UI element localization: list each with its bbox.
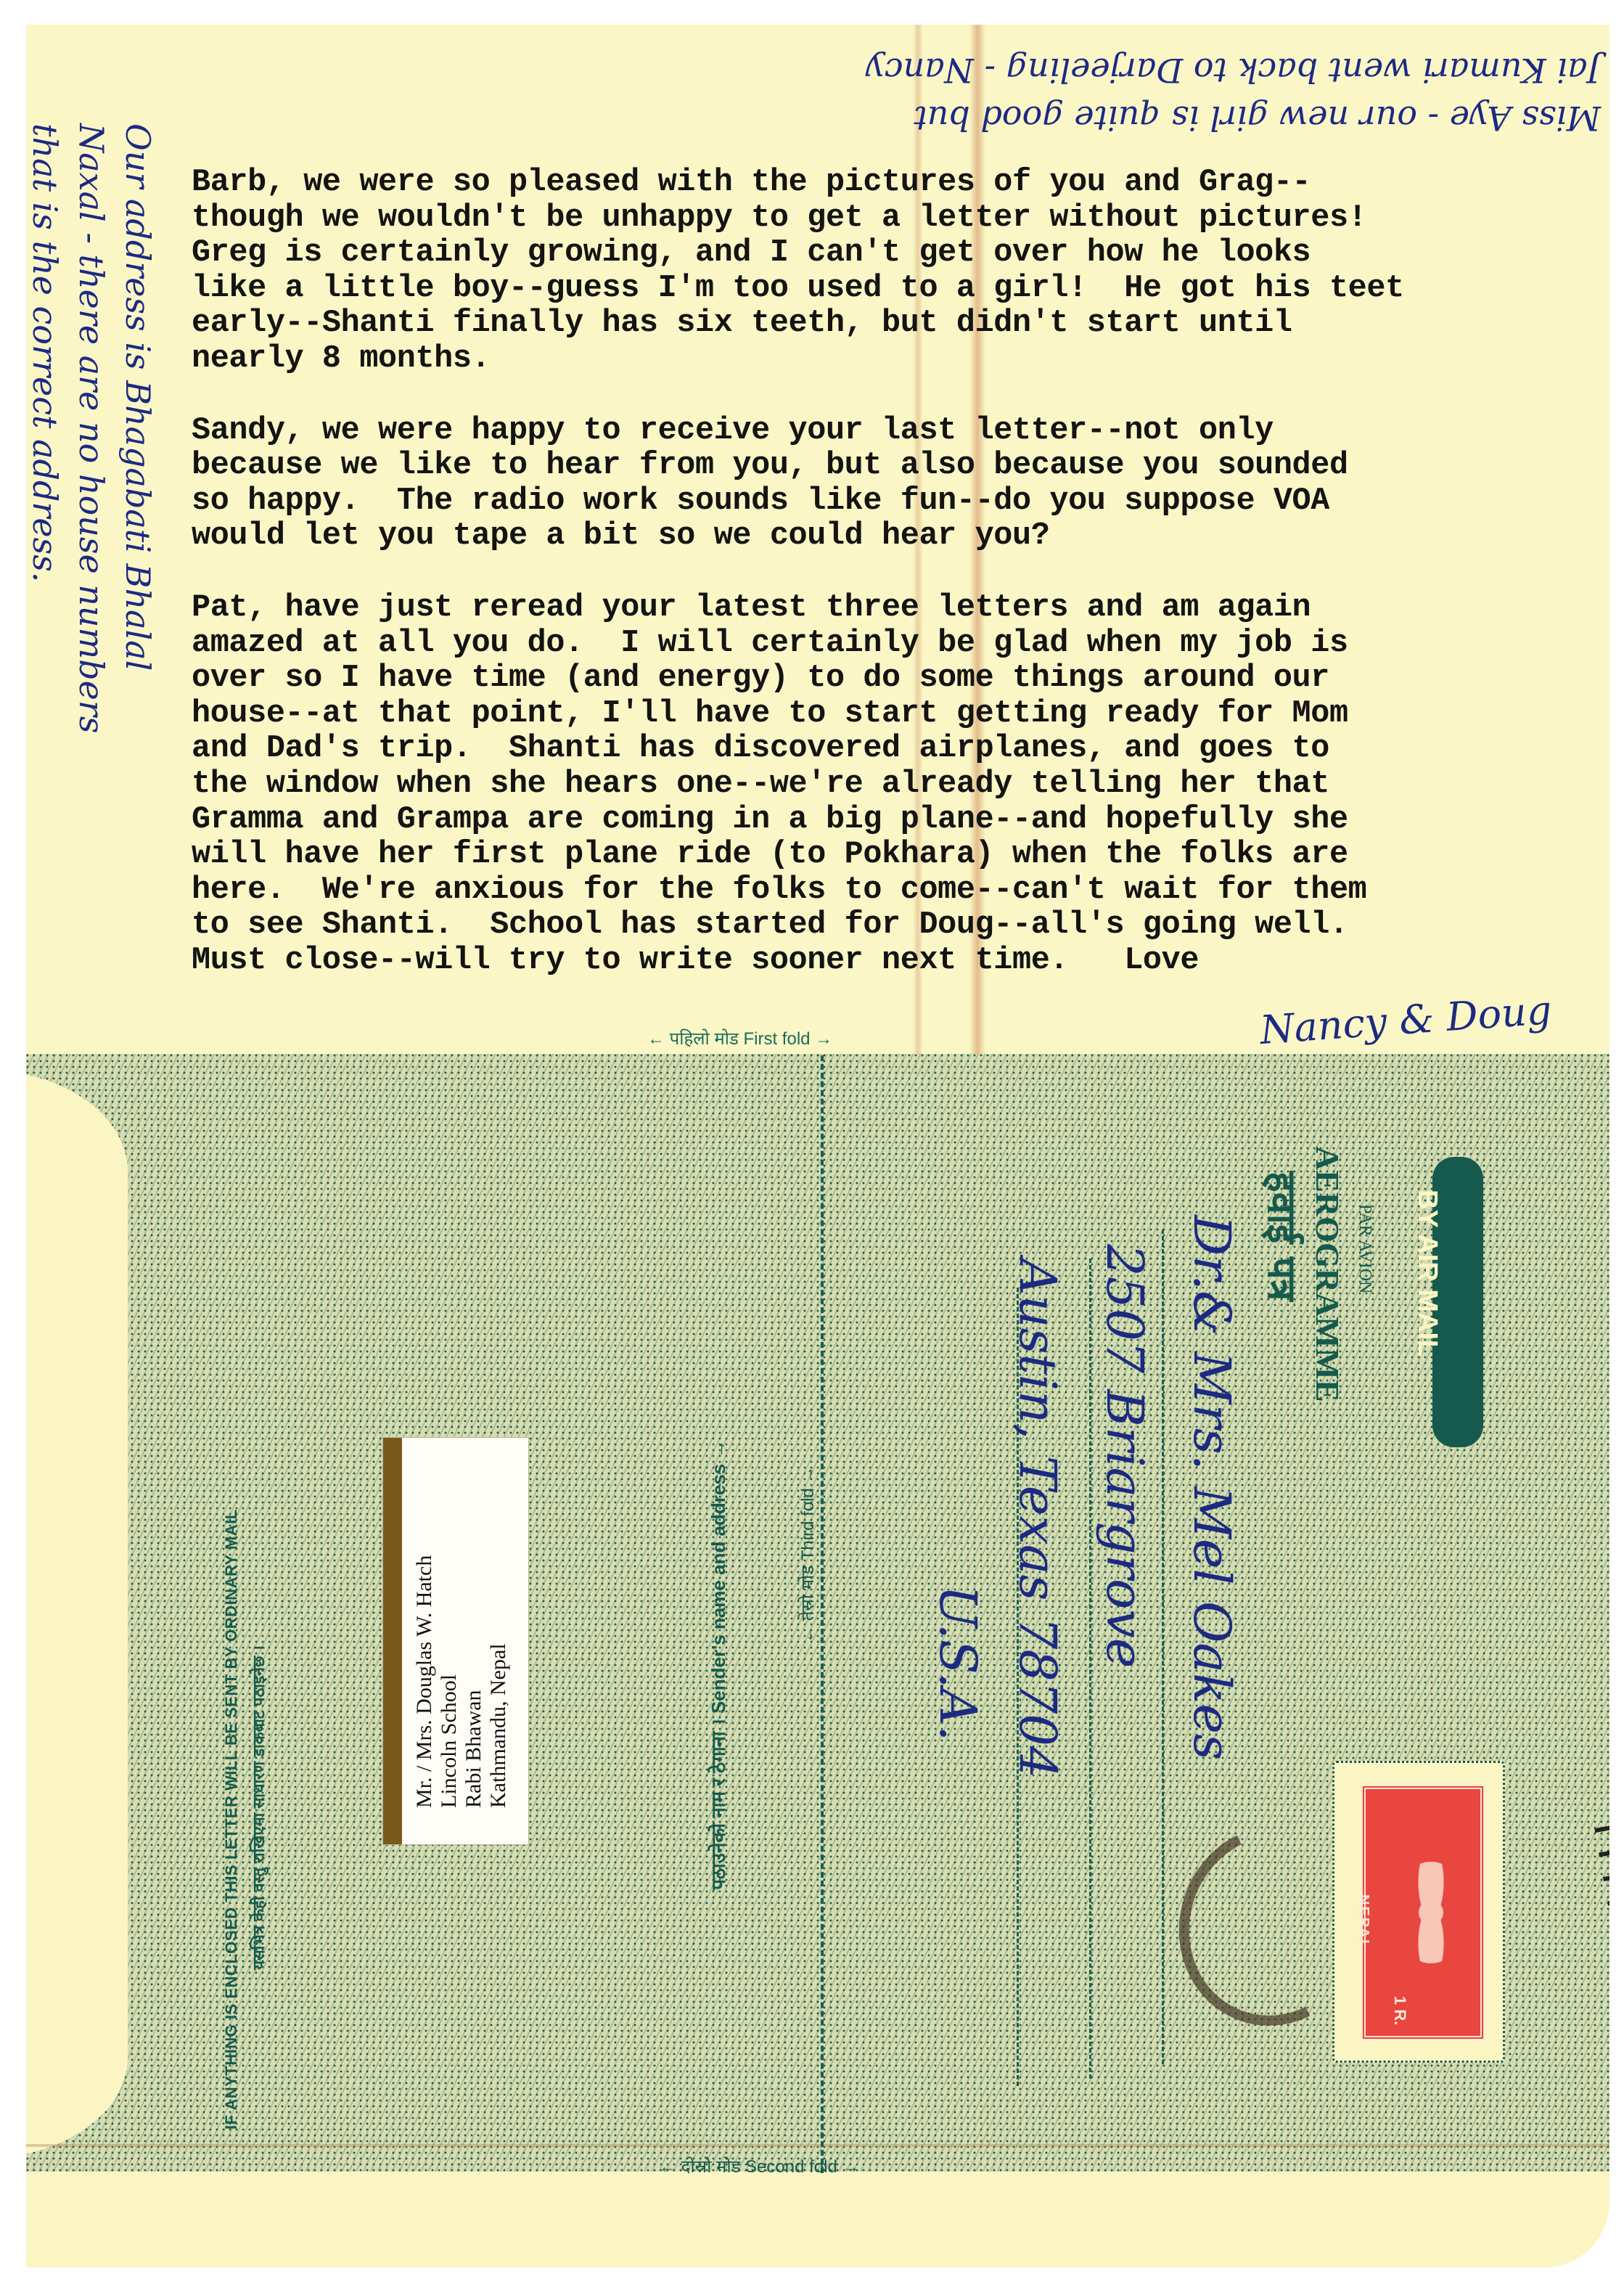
sender-line: Lincoln School (437, 1431, 462, 1808)
typed-line: would let you tape a bit so we could hea… (192, 519, 1609, 555)
typed-line: Greg is certainly growing, and I can't g… (192, 236, 1609, 271)
typed-line: because we like to hear from you, but al… (192, 449, 1609, 484)
third-fold-marker: ← तेस्रो मोड Third fold → (795, 1466, 819, 1643)
typed-line: Barb, we were so pleased with the pictur… (192, 165, 1609, 201)
typed-letter-body: Barb, we were so pleased with the pictur… (192, 165, 1609, 1015)
typed-line: nearly 8 months. (192, 342, 1609, 377)
address-guide-line (1162, 1230, 1164, 2064)
typed-line: Must close--will try to write sooner nex… (192, 944, 1609, 979)
handwritten-line: that is the correct address. (26, 123, 68, 1067)
airmail-badge: BY AIR MAIL (1411, 1190, 1443, 1422)
side-flap (26, 1070, 128, 2159)
typed-line: Gramma and Grampa are coming in a big pl… (192, 803, 1609, 838)
stamp-value: 1 R. (1390, 1996, 1409, 2025)
letter-paragraph: Pat, have just reread your latest three … (192, 591, 1609, 979)
typed-line: Pat, have just reread your latest three … (192, 591, 1609, 626)
sender-name: Mr. / Mrs. Douglas W. Hatch (412, 1431, 437, 1808)
horizontal-crease (26, 2144, 1609, 2147)
typed-line: Sandy, we were happy to receive your las… (192, 414, 1609, 449)
typed-line: and Dad's trip. Shanti has discovered ai… (192, 732, 1609, 767)
label-stripe (383, 1438, 402, 1844)
typed-line: will have her first plane ride (to Pokha… (192, 838, 1609, 873)
first-fold-marker: ← पहिलो मोड First fold → (647, 1026, 832, 1050)
fold-guide-line (821, 1055, 824, 2173)
bottom-flap (26, 2172, 1609, 2267)
letter-paragraph: Barb, we were so pleased with the pictur… (192, 165, 1609, 377)
aerogramme-title-nepali: हवाई पत्र (1257, 1171, 1311, 1301)
typed-line: house--at that point, I'll have to start… (192, 697, 1609, 732)
typed-line: over so I have time (and energy) to do s… (192, 661, 1609, 697)
handwritten-line: Naxal - there are no house numbers (68, 123, 115, 1067)
handwritten-note-upside-down: Miss Aye - our new girl is quite good bu… (222, 46, 1601, 142)
enclosure-warning-nepali: यसभित्र केही वस्तु राखिएमा साधारण डाकबाट… (247, 1645, 269, 1970)
handwritten-line: Jai Kumari went back to Darjeeling - Nan… (222, 46, 1601, 94)
typed-line: to see Shanti. School has started for Do… (192, 908, 1609, 944)
handwritten-margin-note: Our address is Bhagabati Bhalal Naxal - … (26, 123, 161, 1067)
handwritten-line: Our address is Bhagabati Bhalal (115, 123, 161, 1067)
typed-line: like a little boy--guess I'm too used to… (192, 271, 1609, 307)
typed-line: so happy. The radio work sounds like fun… (192, 484, 1609, 520)
address-guide-line (1089, 1259, 1091, 2079)
enclosure-warning: IF ANYTHING IS ENCLOSED THIS LETTER WILL… (222, 1509, 241, 2130)
typed-line: here. We're anxious for the folks to com… (192, 873, 1609, 909)
sender-line: Kathmandu, Nepal (486, 1431, 511, 1808)
sender-line: Rabi Bhawan (462, 1431, 486, 1808)
typed-line: the window when she hears one--we're alr… (192, 767, 1609, 803)
typed-line: though we wouldn't be unhappy to get a l… (192, 201, 1609, 237)
recipient-name: Dr.& Mrs. Mel Oakes (1182, 1215, 1242, 1760)
recipient-street: 2507 Briargrove (1095, 1244, 1155, 1668)
typed-line: early--Shanti finally has six teeth, but… (192, 306, 1609, 342)
recipient-city: Austin, Texas 78704 (1008, 1259, 1067, 1778)
letter-paragraph: Sandy, we were happy to receive your las… (192, 414, 1609, 555)
second-fold-marker: ← दोस्रो मोड Second fold → (659, 2154, 859, 2178)
airmail-wings-logo: BY AIR MAIL (1390, 1113, 1506, 1491)
aerogramme-sheet: Miss Aye - our new girl is quite good bu… (26, 25, 1609, 2267)
sender-caption: पठाउनेको नाम र ठेगाना । Sender's name an… (705, 1440, 731, 1891)
typed-line: amazed at all you do. I will certainly b… (192, 626, 1609, 662)
garuda-icon (1402, 1862, 1460, 1963)
handwritten-line: Miss Aye - our new girl is quite good bu… (222, 94, 1601, 142)
aerogramme-title: AEROGRAMME (1308, 1146, 1347, 1402)
postage-stamp: NEPAL 1 R. (1361, 1785, 1485, 2040)
recipient-country: U.S.A. (928, 1585, 988, 1741)
par-avion-label: PAR AVION (1355, 1204, 1374, 1293)
sender-address-label: Mr. / Mrs. Douglas W. Hatch Lincoln Scho… (382, 1437, 529, 1845)
